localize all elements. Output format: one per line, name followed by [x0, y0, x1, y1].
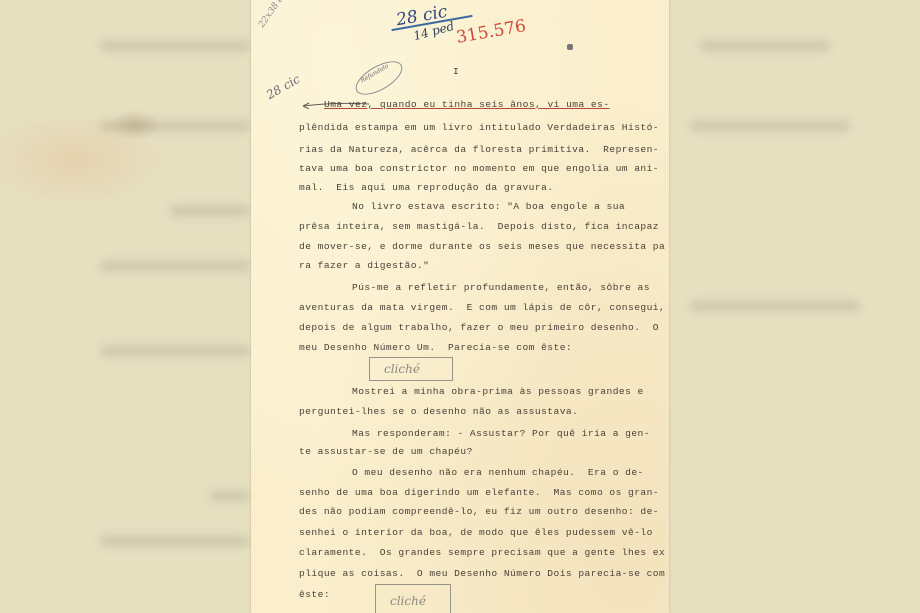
- corner-pencil-note: 22x38 cicero: [257, 0, 299, 30]
- cliche-label: cliché: [384, 362, 420, 376]
- chapter-marker: I: [453, 66, 459, 78]
- text-line: depois de algum trabalho, fazer o meu pr…: [299, 322, 659, 334]
- text-line: Uma vez, quando eu tinha seis ânos, vi u…: [324, 99, 610, 111]
- text-line: plique as coisas. O meu Desenho Número D…: [299, 568, 665, 580]
- text-line: rias da Natureza, acêrca da floresta pri…: [299, 144, 659, 156]
- text-line: prêsa inteira, sem mastigá-la. Depois di…: [299, 221, 659, 233]
- text-line: Mas responderam: - Assustar? Por quê iri…: [352, 428, 650, 440]
- text-line: êste:: [299, 589, 330, 601]
- blur-line: [100, 40, 250, 52]
- text-line: te assustar-se de um chapéu?: [299, 446, 473, 458]
- text-line: aventuras da mata virgem. E com um lápis…: [299, 302, 665, 314]
- text-line: meu Desenho Número Um. Parecia-se com ês…: [299, 342, 572, 354]
- blur-line: [100, 120, 250, 132]
- page-mark: [567, 44, 573, 50]
- text-line: Pús-me a refletir profundamente, então, …: [352, 282, 650, 294]
- text-line: senho de uma boa digerindo um elefante. …: [299, 487, 659, 499]
- blur-line: [210, 490, 250, 502]
- blur-line: [700, 40, 830, 52]
- text-line: tava uma boa constrictor no momento em q…: [299, 163, 659, 175]
- margin-pencil-note: 28 cic: [264, 72, 303, 102]
- blur-line: [690, 300, 860, 312]
- text-line: claramente. Os grandes sempre precisam q…: [299, 547, 665, 559]
- text-line: ra fazer a digestão.": [299, 260, 429, 272]
- text-line: Mostrei a minha obra-prima às pessoas gr…: [352, 386, 644, 398]
- text-line: des não podiam compreendê-lo, eu fiz um …: [299, 506, 659, 518]
- text-line: plêndida estampa em um livro intitulado …: [299, 122, 659, 134]
- illustration-placeholder-2: cliché: [375, 584, 451, 613]
- text-line: de mover-se, e dorme durante os seis mes…: [299, 241, 665, 253]
- text-line: senhei o interior da boa, de modo que êl…: [299, 527, 653, 539]
- text-line: O meu desenho não era nenhum chapéu. Era…: [352, 467, 644, 479]
- text-line: No livro estava escrito: "A boa engole a…: [352, 201, 625, 213]
- blur-line: [170, 205, 250, 217]
- blur-line: [100, 345, 250, 357]
- illustration-placeholder-1: cliché: [369, 357, 453, 381]
- cliche-label: cliché: [390, 594, 426, 608]
- red-catalog-number: 315.576: [455, 16, 528, 48]
- text-line: perguntei-lhes se o desenho não as assus…: [299, 406, 578, 418]
- typewritten-page: 22x38 cicero 28 cic 14 ped 315.576 28 ci…: [251, 0, 669, 613]
- text-line: mal. Eis aqui uma reprodução da gravura.: [299, 182, 554, 194]
- blur-line: [690, 120, 850, 132]
- blur-line: [100, 260, 250, 272]
- blur-line: [100, 535, 250, 547]
